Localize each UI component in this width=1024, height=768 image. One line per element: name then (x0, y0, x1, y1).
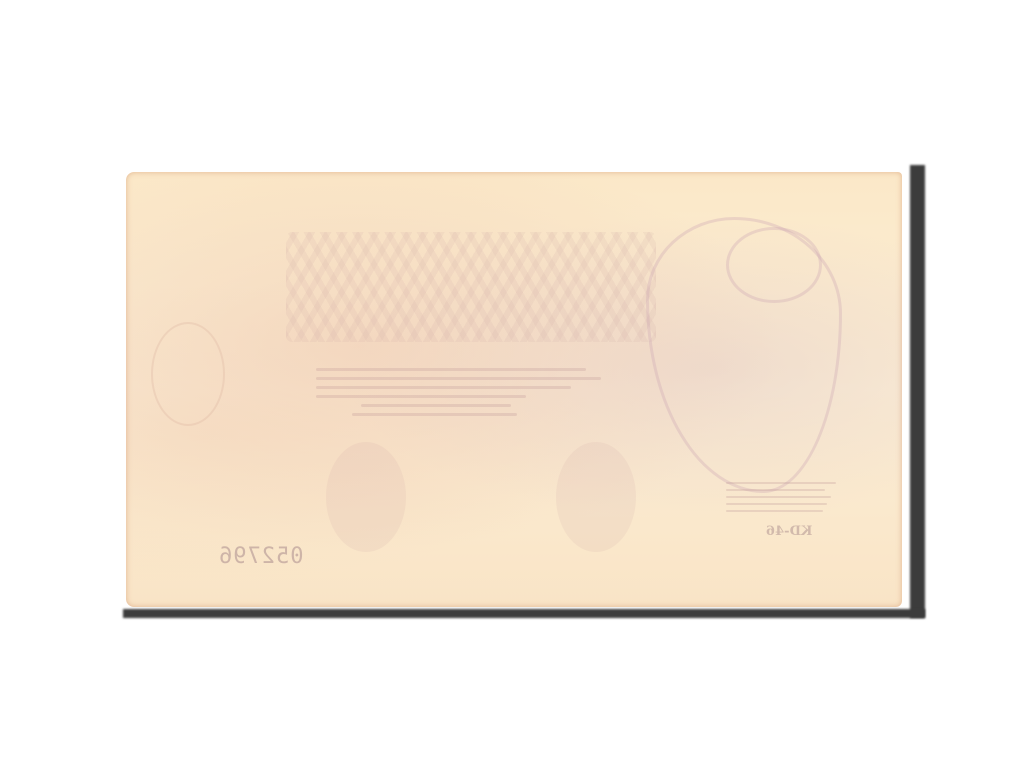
drop-shadow-right (910, 165, 925, 618)
show-through-legal-text (726, 477, 836, 517)
series-mark: KD-46 (766, 524, 812, 539)
show-through-text-block (316, 362, 616, 422)
watermark-oval (151, 322, 225, 426)
banknote: KD-46 052796 (126, 172, 902, 607)
serial-number: 052796 (218, 544, 303, 569)
medallion-left (326, 442, 406, 552)
medallion-right (556, 442, 636, 552)
show-through-lettering (286, 232, 656, 342)
ornamental-flourish (726, 227, 822, 303)
drop-shadow-bottom (123, 609, 925, 618)
